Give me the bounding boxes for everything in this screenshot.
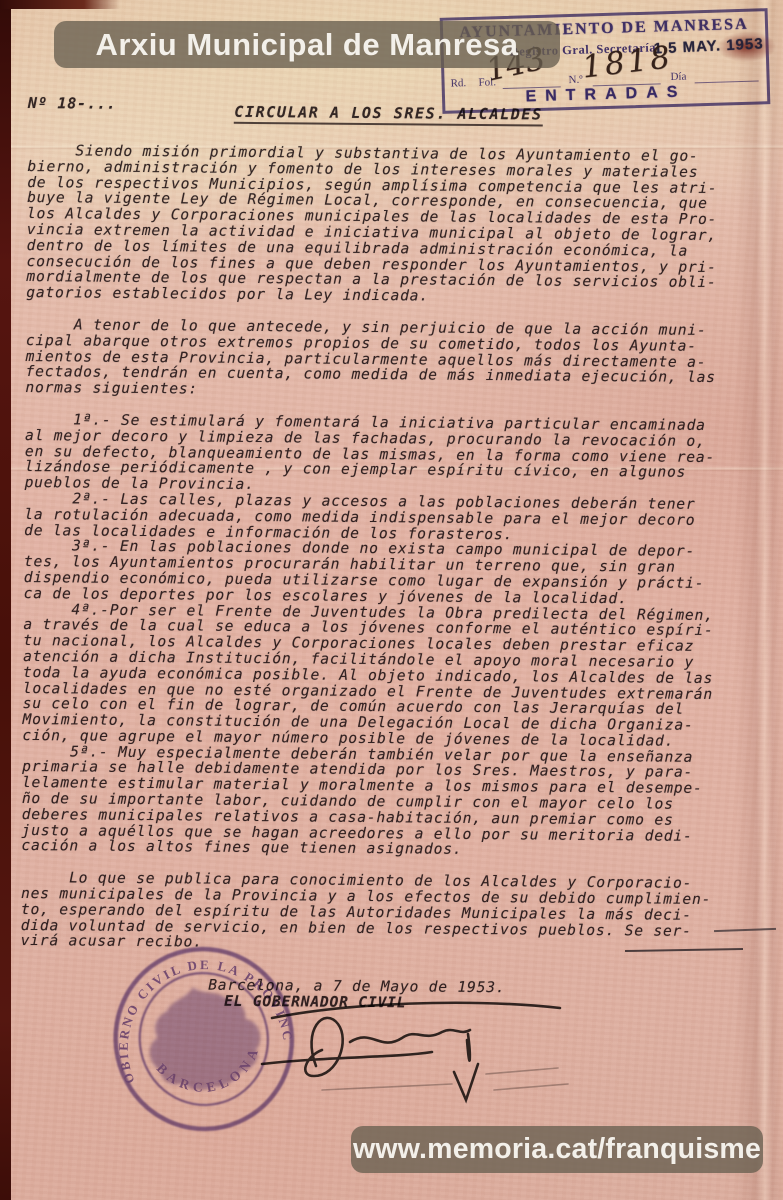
field-num-label: N.º — [568, 74, 582, 86]
numbered-point-1: 1ª.- Se estimulará y fomentará la inicia… — [25, 412, 756, 497]
closing-paragraph: Lo que se publica para conocimiento de l… — [21, 870, 752, 955]
numbered-point-5: 5ª.- Muy especialmente deberán también v… — [21, 744, 752, 861]
paragraph-intro-2: A tenor de lo que antecede, y sin perjui… — [25, 317, 756, 402]
circular-number: Nº 18-... — [28, 96, 117, 113]
typewritten-circular: Nº 18-... CIRCULAR A LOS SRES. ALCALDES … — [20, 96, 758, 1014]
scanned-document-photo: AYUNTAMIENTO DE MANRESA Registro Gral. S… — [0, 0, 783, 1200]
field-rd-label: Rd. — [450, 77, 466, 89]
website-watermark-label: www.memoria.cat/franquisme — [353, 1133, 761, 1166]
governor-signature — [252, 978, 592, 1118]
photo-edge-top — [0, 0, 120, 9]
paragraph-intro-1: Siendo misión primordial y substantiva d… — [26, 143, 757, 307]
archive-watermark: Arxiu Municipal de Manresa — [54, 21, 560, 68]
document-title: CIRCULAR A LOS SRES. ALCALDES — [234, 105, 542, 126]
photo-edge-left — [0, 0, 11, 1200]
archive-watermark-label: Arxiu Municipal de Manresa — [96, 27, 519, 63]
numbered-point-4: 4ª.-Por ser el Frente de Juventudes la O… — [22, 601, 753, 750]
numbered-point-2: 2ª.- Las calles, plazas y accesos a las … — [24, 491, 754, 545]
document-header-row: Nº 18-... CIRCULAR A LOS SRES. ALCALDES — [28, 96, 758, 128]
website-watermark: www.memoria.cat/franquisme — [351, 1126, 763, 1173]
numbered-point-3: 3ª.- En las poblaciones donde no exista … — [24, 538, 755, 608]
